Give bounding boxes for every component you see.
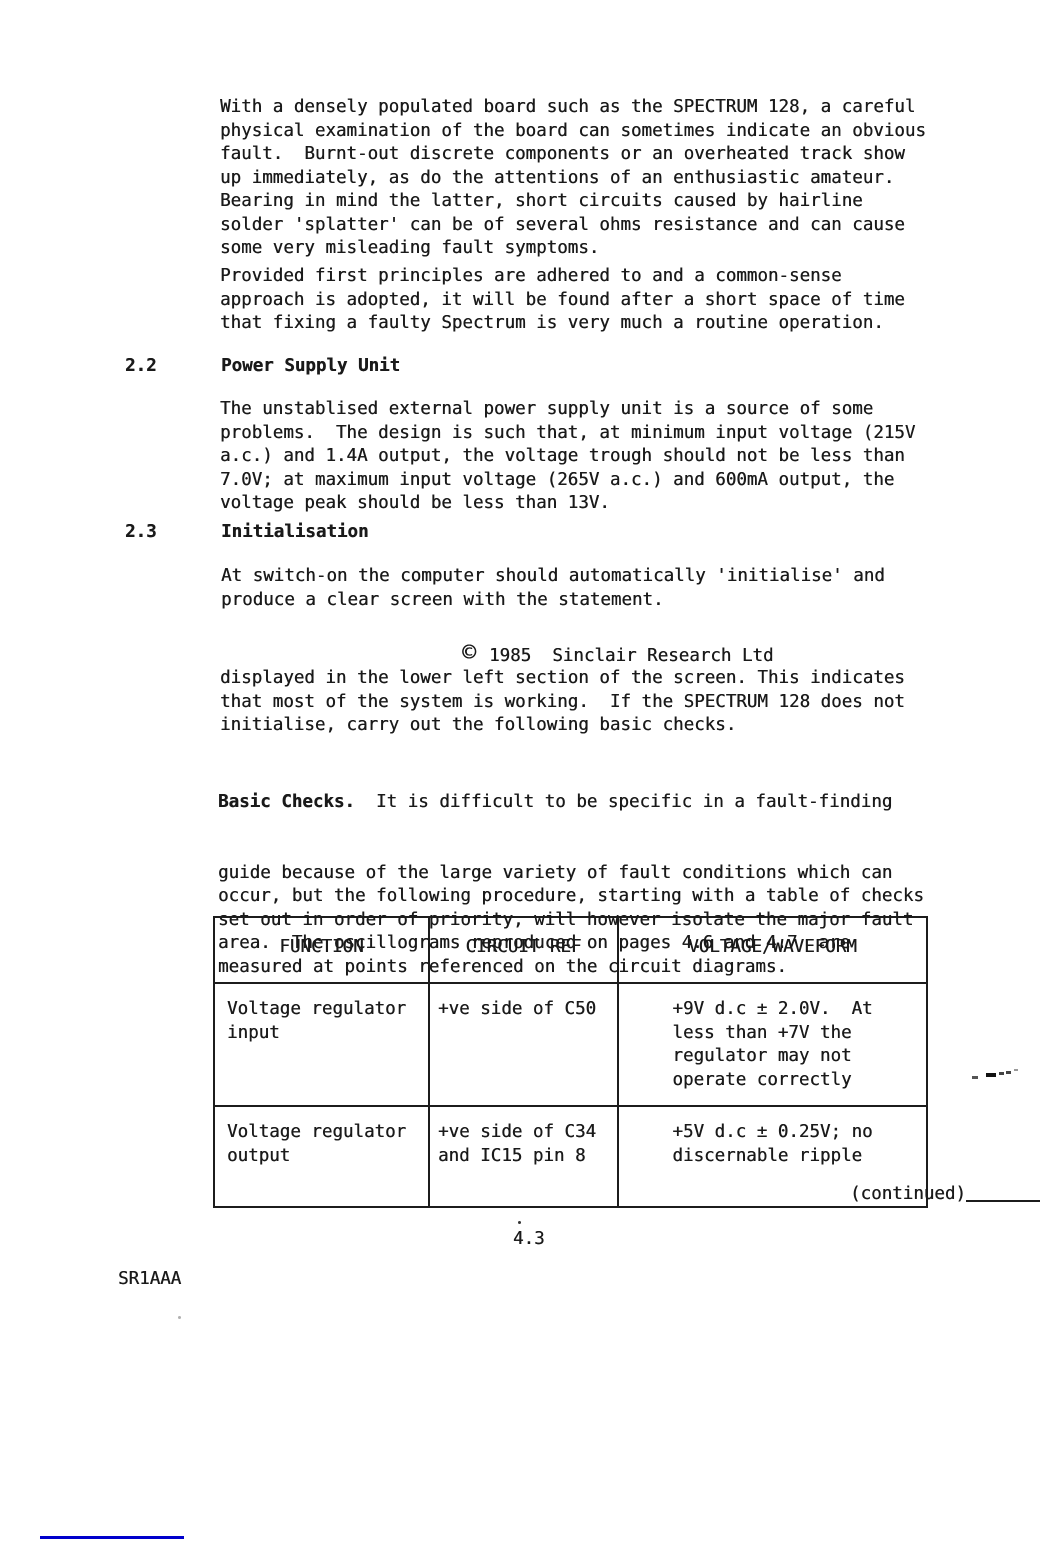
continued-underline — [966, 1200, 1040, 1202]
scan-speck — [972, 1076, 978, 1079]
displayed-paragraph: displayed in the lower left section of t… — [220, 667, 905, 738]
scan-speck — [1006, 1071, 1011, 1074]
scan-speck — [1014, 1069, 1018, 1071]
table-cell-voltage-row1: +9V d.c ± 2.0V. Atless than +7V theregul… — [617, 982, 926, 1105]
table-cell-circuit-row1: +ve side of C50 — [428, 982, 617, 1105]
scan-speck — [999, 1072, 1004, 1075]
section-2-3-title: Initialisation — [221, 521, 369, 545]
page-number: 4.3 — [513, 1228, 545, 1252]
scan-speck-below-code — [178, 1316, 181, 1319]
scanned-manual-page: With a densely populated board such as t… — [0, 0, 1053, 1542]
table-cell-function-row1: Voltage regulatorinput — [215, 982, 428, 1105]
basic-checks-lead: Basic Checks. — [218, 792, 355, 812]
checks-table: FUNCTION CIRCUIT REF VOLTAGE/WAVEFORM Vo… — [213, 916, 928, 1208]
table-header-circuit-ref: CIRCUIT REF — [428, 918, 617, 982]
section-2-2-number: 2.2 — [125, 355, 157, 379]
copyright-text: 1985 Sinclair Research Ltd — [489, 646, 773, 666]
scan-speck — [986, 1073, 996, 1077]
table-header-function: FUNCTION — [215, 918, 428, 982]
table-header-voltage-waveform: VOLTAGE/WAVEFORM — [617, 918, 926, 982]
table-cell-circuit-row2: +ve side of C34and IC15 pin 8 — [428, 1105, 617, 1206]
approach-paragraph: Provided first principles are adhered to… — [220, 265, 905, 336]
init-paragraph: At switch-on the computer should automat… — [221, 565, 885, 612]
psu-paragraph: The unstablised external power supply un… — [220, 398, 915, 516]
section-2-2-title: Power Supply Unit — [221, 355, 400, 379]
continued-note: (continued) — [850, 1183, 966, 1207]
copyright-symbol: © — [462, 640, 476, 666]
basic-checks-lead-rest: It is difficult to be specific in a faul… — [355, 792, 892, 812]
scan-speck-above-page-number — [518, 1221, 521, 1224]
table-cell-voltage-row1-text: +9V d.c ± 2.0V. Atless than +7V theregul… — [672, 998, 872, 1092]
section-2-3-number: 2.3 — [125, 521, 157, 545]
basic-checks-first-line: Basic Checks. It is difficult to be spec… — [218, 791, 924, 815]
footer-blue-line — [40, 1536, 184, 1539]
intro-paragraph: With a densely populated board such as t… — [220, 96, 926, 261]
document-code: SR1AAA — [118, 1268, 181, 1292]
table-cell-voltage-row2-text: +5V d.c ± 0.25V; nodiscernable ripple — [672, 1121, 872, 1168]
table-cell-function-row2: Voltage regulatoroutput — [215, 1105, 428, 1206]
